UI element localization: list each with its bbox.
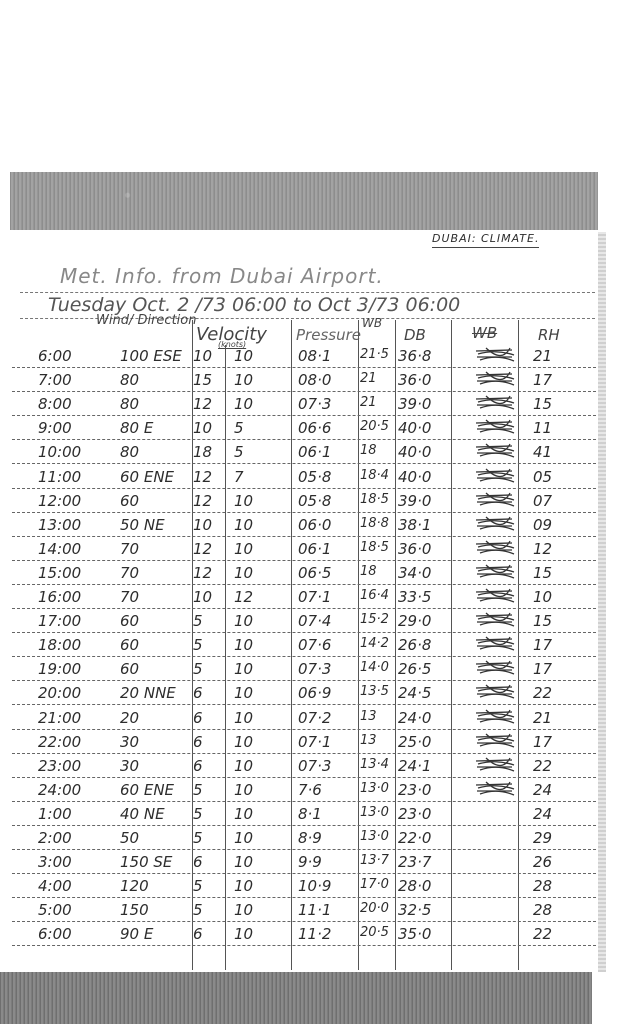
wet-bulb-cell: 21 (360, 395, 377, 410)
dry-bulb-cell: 34·0 (398, 564, 431, 582)
table-row: 18:006051007·614·226·817 (12, 634, 596, 657)
velocity-cell: 12 (193, 540, 212, 558)
velocity-gust-cell: 10 (234, 925, 253, 943)
rh-cell: 22 (533, 925, 552, 943)
velocity-gust-cell: 10 (234, 829, 253, 847)
dry-bulb-cell: 40·0 (398, 419, 431, 437)
pressure-cell: 07·3 (298, 660, 331, 678)
table-row: 23:003061007·313·424·122 (12, 755, 596, 778)
table-row: 20:0020 NNE61006·913·524·522 (12, 682, 596, 705)
table-row: 11:0060 ENE12705·818·440·005 (12, 466, 596, 489)
rh-cell: 22 (533, 757, 552, 775)
pressure-cell: 07·1 (298, 733, 331, 751)
dry-bulb-cell: 24·1 (398, 757, 431, 775)
dry-bulb-cell: 33·5 (398, 588, 431, 606)
wet-bulb-cell: 18·8 (360, 516, 389, 531)
rh-cell: 07 (533, 492, 552, 510)
wind-direction-cell: 60 ENE (120, 781, 174, 799)
table-row: 4:0012051010·917·028·028 (12, 875, 596, 898)
wind-direction-cell: 40 NE (120, 805, 165, 823)
scribbled-out-value (472, 492, 524, 508)
wind-direction-cell: 80 (120, 443, 139, 461)
dry-bulb-cell: 40·0 (398, 468, 431, 486)
wet-bulb-cell: 15·2 (360, 612, 389, 627)
rh-cell: 10 (533, 588, 552, 606)
header-rh: RH (538, 326, 560, 344)
dry-bulb-cell: 26·8 (398, 636, 431, 654)
scribbled-out-value (472, 781, 524, 797)
velocity-cell: 5 (193, 901, 203, 919)
velocity-cell: 10 (193, 347, 212, 365)
time-cell: 8:00 (38, 395, 108, 413)
scribbled-out-value (472, 516, 524, 532)
scan-border-right (598, 232, 606, 972)
velocity-cell: 5 (193, 877, 203, 895)
velocity-gust-cell: 10 (234, 492, 253, 510)
velocity-gust-cell: 10 (234, 612, 253, 630)
scribbled-out-value (472, 757, 524, 773)
wet-bulb-cell: 17·0 (360, 877, 389, 892)
scribbled-out-value (472, 395, 524, 411)
rh-cell: 09 (533, 516, 552, 534)
time-cell: 1:00 (38, 805, 108, 823)
time-cell: 12:00 (38, 492, 108, 510)
rh-cell: 24 (533, 805, 552, 823)
time-cell: 23:00 (38, 757, 108, 775)
wet-bulb-cell: 21·5 (360, 347, 389, 362)
time-cell: 6:00 (38, 347, 108, 365)
velocity-gust-cell: 10 (234, 516, 253, 534)
wet-bulb-cell: 13·0 (360, 829, 389, 844)
velocity-gust-cell: 10 (234, 395, 253, 413)
wind-direction-cell: 20 (120, 709, 139, 727)
pressure-cell: 07·6 (298, 636, 331, 654)
wind-direction-cell: 70 (120, 564, 139, 582)
table-row: 21:002061007·21324·021 (12, 707, 596, 730)
time-cell: 24:00 (38, 781, 108, 799)
header-pressure: Pressure (296, 326, 361, 344)
scribbled-out-value (472, 709, 524, 725)
rh-cell: 22 (533, 684, 552, 702)
scribbled-out-value (472, 612, 524, 628)
pressure-cell: 06·6 (298, 419, 331, 437)
wind-direction-cell: 150 SE (120, 853, 172, 871)
velocity-gust-cell: 10 (234, 564, 253, 582)
velocity-cell: 12 (193, 395, 212, 413)
pressure-cell: 8·9 (298, 829, 322, 847)
wet-bulb-cell: 21 (360, 371, 377, 386)
table-row: 14:0070121006·118·536·012 (12, 538, 596, 561)
wet-bulb-cell: 20·5 (360, 925, 389, 940)
velocity-cell: 6 (193, 757, 203, 775)
scan-border-top (10, 172, 598, 230)
pressure-cell: 06·1 (298, 540, 331, 558)
table-row: 10:008018506·11840·041 (12, 441, 596, 464)
wet-bulb-cell: 13 (360, 733, 377, 748)
rh-cell: 24 (533, 781, 552, 799)
rh-cell: 15 (533, 395, 552, 413)
dry-bulb-cell: 32·5 (398, 901, 431, 919)
wind-direction-cell: 90 E (120, 925, 153, 943)
velocity-cell: 6 (193, 709, 203, 727)
velocity-cell: 5 (193, 636, 203, 654)
wet-bulb-cell: 18 (360, 564, 377, 579)
pressure-cell: 05·8 (298, 492, 331, 510)
scan-border-bottom (0, 972, 592, 1024)
dry-bulb-cell: 26·5 (398, 660, 431, 678)
rh-cell: 21 (533, 347, 552, 365)
time-cell: 19:00 (38, 660, 108, 678)
table-row: 16:0070101207·116·433·510 (12, 586, 596, 609)
table-row: 6:00100 ESE101008·121·536·821 (12, 345, 596, 368)
velocity-cell: 6 (193, 925, 203, 943)
rh-cell: 12 (533, 540, 552, 558)
table-row: 5:0015051011·120·032·528 (12, 899, 596, 922)
wind-direction-cell: 60 (120, 612, 139, 630)
pressure-cell: 07·3 (298, 395, 331, 413)
dry-bulb-cell: 39·0 (398, 492, 431, 510)
scribbled-out-value (472, 684, 524, 700)
table-row: 9:0080 E10506·620·540·011 (12, 417, 596, 440)
table-row: 19:006051007·314·026·517 (12, 658, 596, 681)
velocity-gust-cell: 7 (234, 468, 244, 486)
velocity-cell: 10 (193, 419, 212, 437)
wind-direction-cell: 20 NNE (120, 684, 176, 702)
wind-direction-cell: 30 (120, 733, 139, 751)
rh-cell: 15 (533, 612, 552, 630)
wet-bulb-cell: 20·0 (360, 901, 389, 916)
dry-bulb-cell: 36·8 (398, 347, 431, 365)
table-row: 22:003061007·11325·017 (12, 731, 596, 754)
wind-direction-cell: 60 (120, 492, 139, 510)
velocity-cell: 5 (193, 660, 203, 678)
ruled-line (20, 292, 595, 293)
time-cell: 5:00 (38, 901, 108, 919)
velocity-gust-cell: 10 (234, 877, 253, 895)
velocity-gust-cell: 5 (234, 419, 244, 437)
velocity-cell: 12 (193, 492, 212, 510)
rh-cell: 41 (533, 443, 552, 461)
wet-bulb-cell: 13·7 (360, 853, 389, 868)
velocity-cell: 10 (193, 516, 212, 534)
velocity-cell: 15 (193, 371, 212, 389)
pressure-cell: 10·9 (298, 877, 331, 895)
table-row: 24:0060 ENE5107·613·023·024 (12, 779, 596, 802)
wet-bulb-cell: 18·5 (360, 492, 389, 507)
rh-cell: 17 (533, 636, 552, 654)
velocity-gust-cell: 10 (234, 636, 253, 654)
wet-bulb-cell: 14·2 (360, 636, 389, 651)
dry-bulb-cell: 23·0 (398, 781, 431, 799)
time-cell: 4:00 (38, 877, 108, 895)
velocity-cell: 12 (193, 564, 212, 582)
velocity-gust-cell: 10 (234, 901, 253, 919)
table-row: 6:0090 E61011·220·535·022 (12, 923, 596, 946)
table-row: 17:006051007·415·229·015 (12, 610, 596, 633)
time-cell: 3:00 (38, 853, 108, 871)
header-wb: WB (362, 316, 382, 330)
dry-bulb-cell: 25·0 (398, 733, 431, 751)
wind-direction-cell: 80 (120, 395, 139, 413)
velocity-cell: 5 (193, 612, 203, 630)
velocity-gust-cell: 10 (234, 371, 253, 389)
rh-cell: 21 (533, 709, 552, 727)
scribbled-out-value (472, 468, 524, 484)
time-cell: 9:00 (38, 419, 108, 437)
pressure-cell: 7·6 (298, 781, 322, 799)
dry-bulb-cell: 23·7 (398, 853, 431, 871)
scribbled-out-value (472, 636, 524, 652)
scribbled-out-value (472, 540, 524, 556)
wind-direction-cell: 70 (120, 540, 139, 558)
velocity-gust-cell: 10 (234, 540, 253, 558)
table-row: 3:00150 SE6109·913·723·726 (12, 851, 596, 874)
time-cell: 11:00 (38, 468, 108, 486)
dry-bulb-cell: 36·0 (398, 540, 431, 558)
table-row: 15:0070121006·51834·015 (12, 562, 596, 585)
pressure-cell: 06·0 (298, 516, 331, 534)
wind-direction-cell: 50 (120, 829, 139, 847)
wet-bulb-cell: 16·4 (360, 588, 389, 603)
pressure-cell: 11·1 (298, 901, 331, 919)
wind-direction-cell: 60 (120, 636, 139, 654)
scribbled-out-value (472, 564, 524, 580)
wind-direction-cell: 120 (120, 877, 149, 895)
wet-bulb-cell: 20·5 (360, 419, 389, 434)
dry-bulb-cell: 29·0 (398, 612, 431, 630)
rh-cell: 26 (533, 853, 552, 871)
rh-cell: 28 (533, 877, 552, 895)
wind-direction-cell: 60 (120, 660, 139, 678)
rh-cell: 28 (533, 901, 552, 919)
velocity-gust-cell: 10 (234, 853, 253, 871)
pressure-cell: 11·2 (298, 925, 331, 943)
time-cell: 6:00 (38, 925, 108, 943)
header-db: DB (404, 326, 426, 344)
wet-bulb-cell: 18 (360, 443, 377, 458)
header-struck-column: WB (472, 324, 497, 342)
scribbled-out-value (472, 733, 524, 749)
time-cell: 7:00 (38, 371, 108, 389)
rh-cell: 17 (533, 371, 552, 389)
wind-direction-cell: 60 ENE (120, 468, 174, 486)
dry-bulb-cell: 35·0 (398, 925, 431, 943)
wind-direction-cell: 30 (120, 757, 139, 775)
pressure-cell: 08·1 (298, 347, 331, 365)
velocity-gust-cell: 12 (234, 588, 253, 606)
velocity-cell: 6 (193, 733, 203, 751)
rh-cell: 29 (533, 829, 552, 847)
velocity-gust-cell: 10 (234, 709, 253, 727)
time-cell: 20:00 (38, 684, 108, 702)
scribbled-out-value (472, 419, 524, 435)
table-row: 13:0050 NE101006·018·838·109 (12, 514, 596, 537)
pressure-cell: 8·1 (298, 805, 322, 823)
velocity-cell: 12 (193, 468, 212, 486)
dry-bulb-cell: 39·0 (398, 395, 431, 413)
table-row: 1:0040 NE5108·113·023·024 (12, 803, 596, 826)
dry-bulb-cell: 38·1 (398, 516, 431, 534)
dry-bulb-cell: 22·0 (398, 829, 431, 847)
wet-bulb-cell: 13·4 (360, 757, 389, 772)
velocity-cell: 6 (193, 684, 203, 702)
dry-bulb-cell: 36·0 (398, 371, 431, 389)
scribbled-out-value (472, 660, 524, 676)
table-row: 2:00505108·913·022·029 (12, 827, 596, 850)
table-row: 7:0080151008·02136·017 (12, 369, 596, 392)
table-row: 12:0060121005·818·539·007 (12, 490, 596, 513)
pressure-cell: 05·8 (298, 468, 331, 486)
velocity-gust-cell: 10 (234, 347, 253, 365)
wet-bulb-cell: 13·0 (360, 805, 389, 820)
dry-bulb-cell: 23·0 (398, 805, 431, 823)
time-cell: 10:00 (38, 443, 108, 461)
dry-bulb-cell: 24·5 (398, 684, 431, 702)
dry-bulb-cell: 28·0 (398, 877, 431, 895)
pressure-cell: 07·3 (298, 757, 331, 775)
pressure-cell: 07·4 (298, 612, 331, 630)
velocity-cell: 10 (193, 588, 212, 606)
velocity-gust-cell: 5 (234, 443, 244, 461)
pressure-cell: 07·2 (298, 709, 331, 727)
velocity-gust-cell: 10 (234, 733, 253, 751)
rh-cell: 15 (533, 564, 552, 582)
document-title: Met. Info. from Dubai Airport. (60, 264, 384, 288)
velocity-gust-cell: 10 (234, 781, 253, 799)
pressure-cell: 06·9 (298, 684, 331, 702)
wet-bulb-cell: 13·0 (360, 781, 389, 796)
wind-direction-cell: 80 (120, 371, 139, 389)
time-cell: 22:00 (38, 733, 108, 751)
time-cell: 14:00 (38, 540, 108, 558)
velocity-gust-cell: 10 (234, 805, 253, 823)
rh-cell: 17 (533, 660, 552, 678)
scribbled-out-value (472, 371, 524, 387)
wind-direction-cell: 80 E (120, 419, 153, 437)
wet-bulb-cell: 18·5 (360, 540, 389, 555)
wind-direction-cell: 100 ESE (120, 347, 182, 365)
time-cell: 17:00 (38, 612, 108, 630)
wind-direction-cell: 70 (120, 588, 139, 606)
velocity-gust-cell: 10 (234, 660, 253, 678)
velocity-cell: 5 (193, 805, 203, 823)
rh-cell: 17 (533, 733, 552, 751)
velocity-cell: 18 (193, 443, 212, 461)
pressure-cell: 08·0 (298, 371, 331, 389)
time-cell: 15:00 (38, 564, 108, 582)
table-row: 8:0080121007·32139·015 (12, 393, 596, 416)
scribbled-out-value (472, 347, 524, 363)
wet-bulb-cell: 13·5 (360, 684, 389, 699)
velocity-cell: 6 (193, 853, 203, 871)
rh-cell: 05 (533, 468, 552, 486)
scribbled-out-value (472, 443, 524, 459)
document-label: DUBAI: CLIMATE. (432, 232, 539, 248)
velocity-gust-cell: 10 (234, 684, 253, 702)
pressure-cell: 06·1 (298, 443, 331, 461)
wet-bulb-cell: 14·0 (360, 660, 389, 675)
time-cell: 16:00 (38, 588, 108, 606)
dry-bulb-cell: 40·0 (398, 443, 431, 461)
wind-direction-cell: 150 (120, 901, 149, 919)
header-wind-direction: Wind/ Direction (96, 314, 196, 328)
scribbled-out-value (472, 588, 524, 604)
pressure-cell: 07·1 (298, 588, 331, 606)
pressure-cell: 06·5 (298, 564, 331, 582)
time-cell: 2:00 (38, 829, 108, 847)
pressure-cell: 9·9 (298, 853, 322, 871)
wet-bulb-cell: 18·4 (360, 468, 389, 483)
time-cell: 21:00 (38, 709, 108, 727)
velocity-cell: 5 (193, 781, 203, 799)
velocity-gust-cell: 10 (234, 757, 253, 775)
rh-cell: 11 (533, 419, 552, 437)
time-cell: 13:00 (38, 516, 108, 534)
wind-direction-cell: 50 NE (120, 516, 165, 534)
dry-bulb-cell: 24·0 (398, 709, 431, 727)
wet-bulb-cell: 13 (360, 709, 377, 724)
time-cell: 18:00 (38, 636, 108, 654)
velocity-cell: 5 (193, 829, 203, 847)
